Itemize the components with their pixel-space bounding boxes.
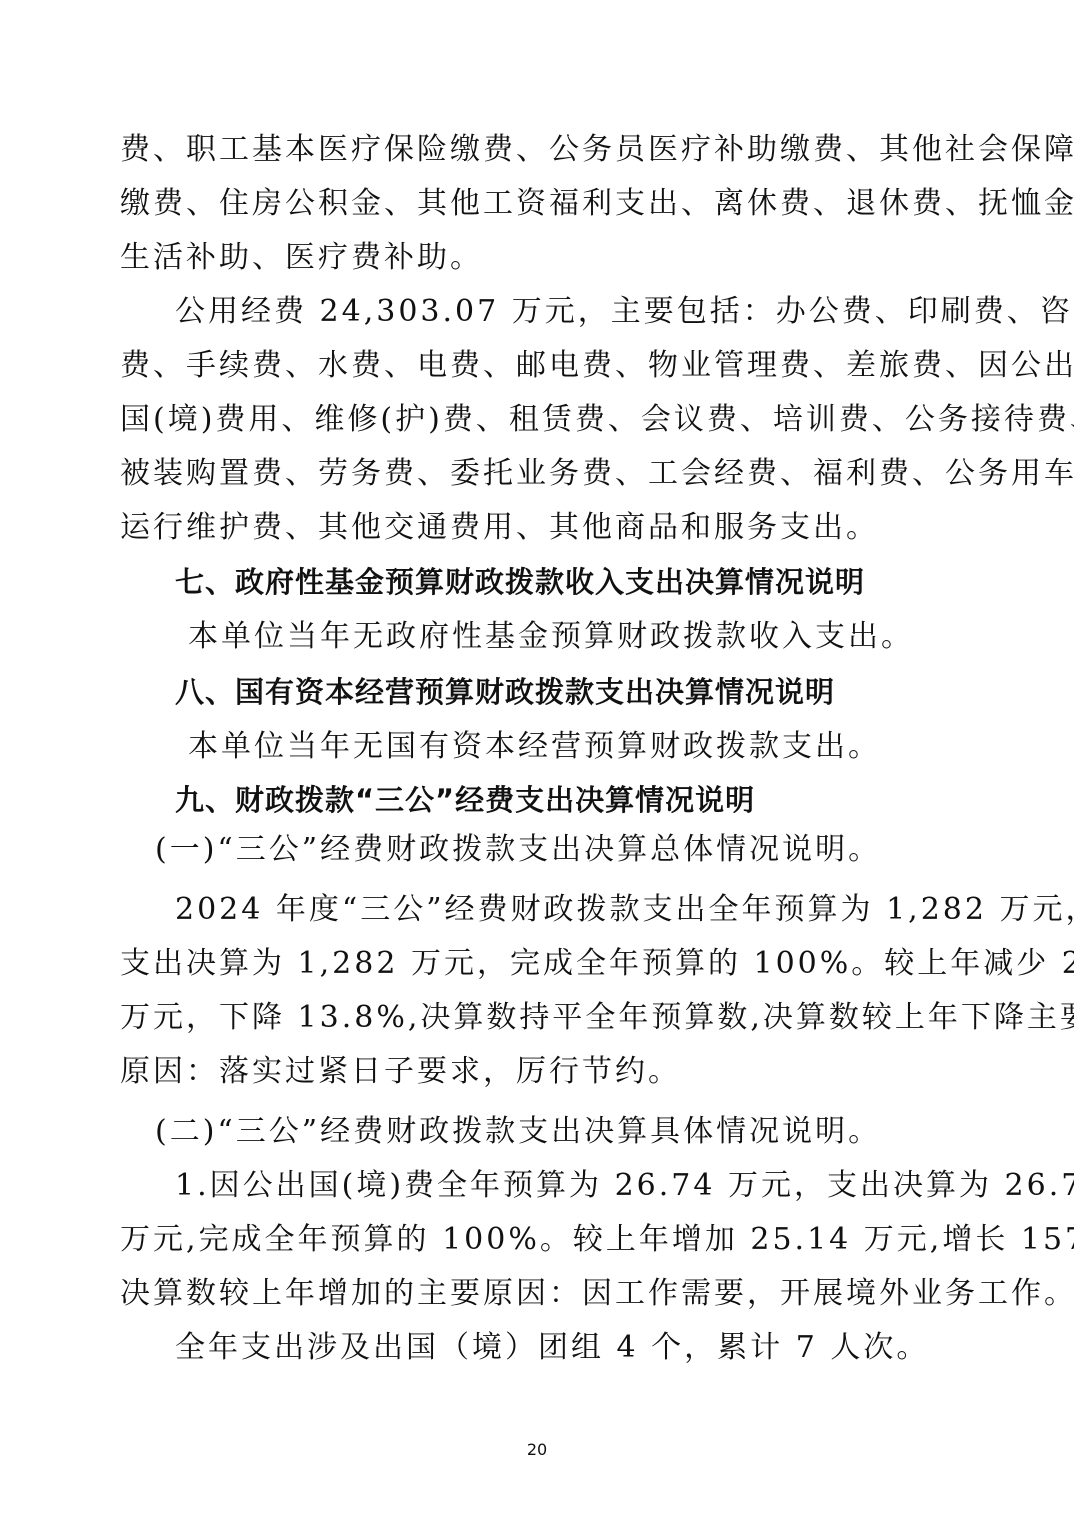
paragraph-line: 万元，下降 13.8%,决算数持平全年预算数,决算数较上年下降主要	[120, 998, 960, 1038]
paragraph-line: 国(境)费用、维修(护)费、租赁费、会议费、培训费、公务接待费、	[120, 400, 960, 440]
paragraph-line: 1.因公出国(境)费全年预算为 26.74 万元，支出决算为 26.74	[175, 1166, 1015, 1206]
paragraph-line: 原因：落实过紧日子要求，厉行节约。	[120, 1052, 960, 1092]
paragraph-line: 费、手续费、水费、电费、邮电费、物业管理费、差旅费、因公出	[120, 346, 960, 386]
paragraph-line: 缴费、住房公积金、其他工资福利支出、离休费、退休费、抚恤金、	[120, 184, 960, 224]
document-page: 费、职工基本医疗保险缴费、公务员医疗补助缴费、其他社会保障 缴费、住房公积金、其…	[0, 0, 1074, 1520]
section-body-8: 本单位当年无国有资本经营预算财政拨款支出。	[188, 727, 1028, 767]
paragraph-line: 生活补助、医疗费补助。	[120, 238, 960, 278]
page-number: 20	[0, 1440, 1074, 1459]
paragraph-line: 支出决算为 1,282 万元，完成全年预算的 100%。较上年减少 206.04	[120, 944, 960, 984]
paragraph-line: 万元,完成全年预算的 100%。较上年增加 25.14 万元,增长 1571.3…	[120, 1220, 960, 1260]
subsection-heading-1: (一)“三公”经费财政拨款支出决算总体情况说明。	[155, 830, 995, 870]
paragraph-line: 运行维护费、其他交通费用、其他商品和服务支出。	[120, 508, 960, 548]
paragraph-line: 决算数较上年增加的主要原因：因工作需要，开展境外业务工作。	[120, 1274, 960, 1314]
section-heading-8: 八、国有资本经营预算财政拨款支出决算情况说明	[175, 672, 1015, 712]
section-heading-9: 九、财政拨款“三公”经费支出决算情况说明	[175, 780, 1015, 820]
paragraph-line: 公用经费 24,303.07 万元，主要包括：办公费、印刷费、咨询	[175, 292, 1015, 332]
paragraph-line: 2024 年度“三公”经费财政拨款支出全年预算为 1,282 万元，	[175, 890, 1015, 930]
paragraph-line: 全年支出涉及出国（境）团组 4 个，累计 7 人次。	[175, 1328, 1015, 1368]
section-heading-7: 七、政府性基金预算财政拨款收入支出决算情况说明	[175, 562, 1015, 602]
paragraph-line: 费、职工基本医疗保险缴费、公务员医疗补助缴费、其他社会保障	[120, 130, 960, 170]
subsection-heading-2: (二)“三公”经费财政拨款支出决算具体情况说明。	[155, 1112, 995, 1152]
section-body-7: 本单位当年无政府性基金预算财政拨款收入支出。	[188, 617, 1028, 657]
paragraph-line: 被装购置费、劳务费、委托业务费、工会经费、福利费、公务用车	[120, 454, 960, 494]
